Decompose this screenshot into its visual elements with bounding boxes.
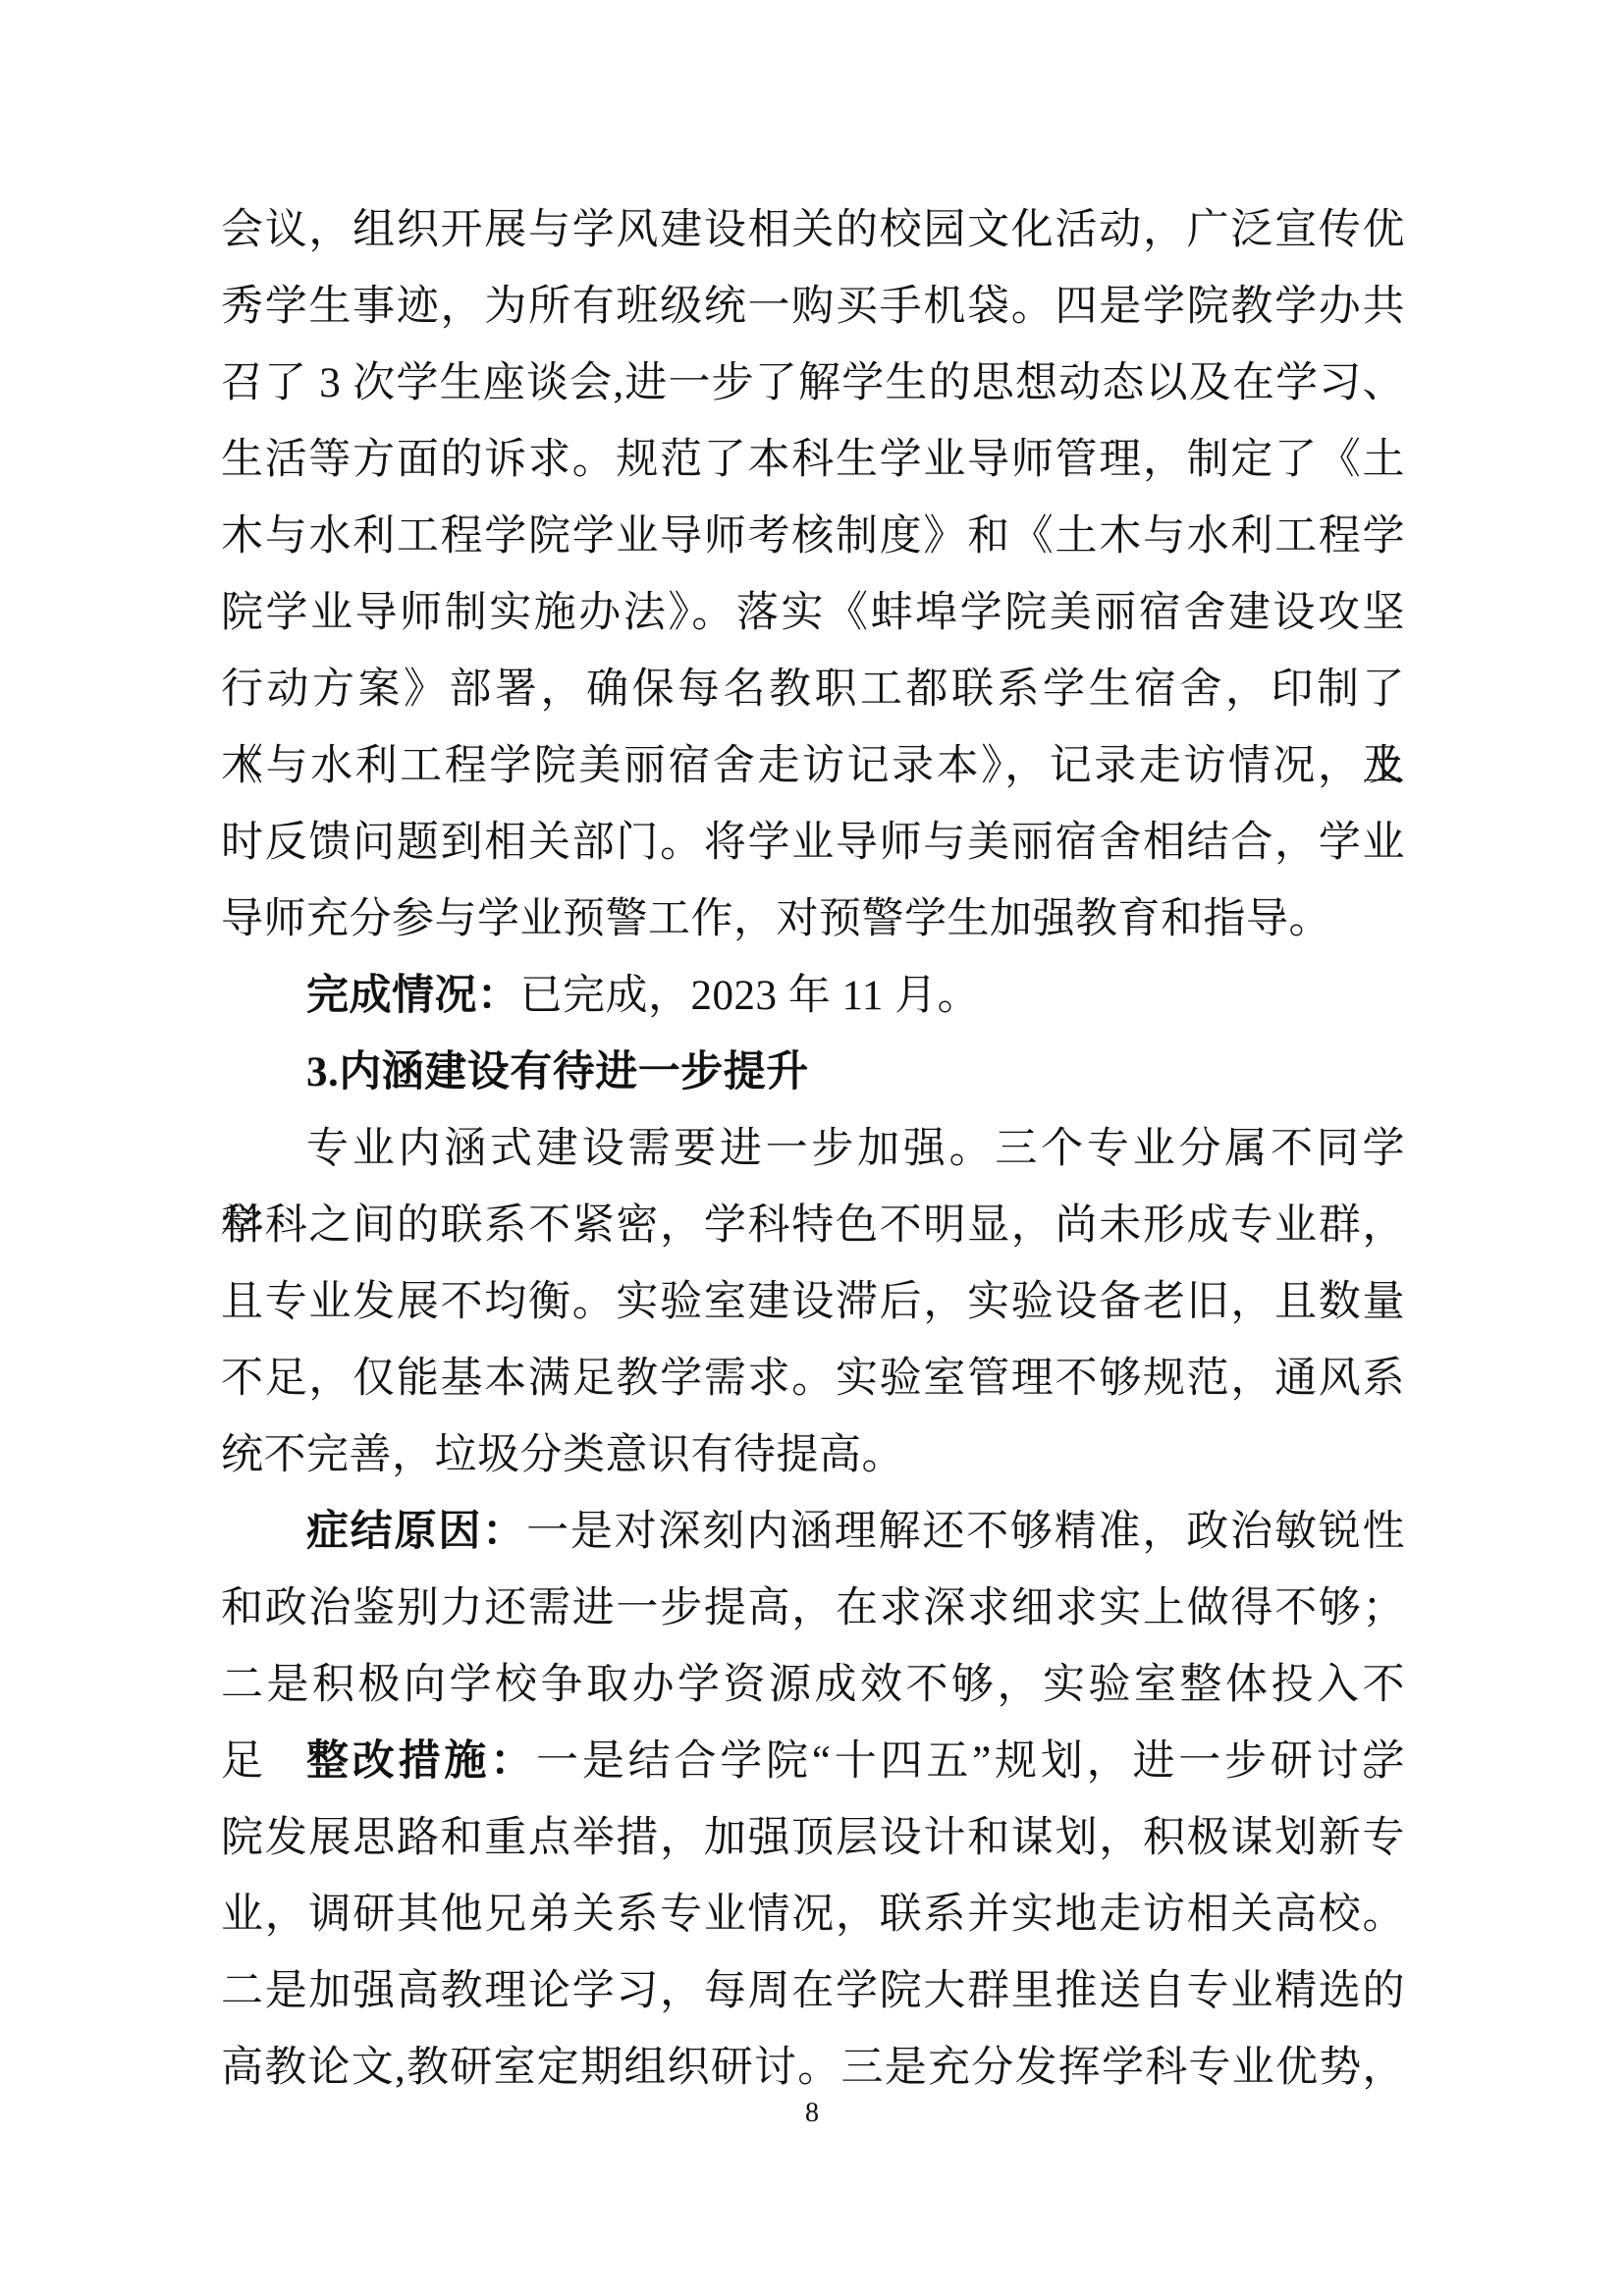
text-run: 已完成，2023 年 11 月。 (520, 973, 981, 1019)
bold-label: 完成情况： (306, 973, 520, 1019)
text-line: 且专业发展不均衡。实验室建设滞后，实验设备老旧，且数量 (221, 1264, 1405, 1341)
page-number: 8 (0, 2097, 1624, 2130)
root-cause-line: 症结原因：一是对深刻内涵理解还不够精准，政治敏锐性 (221, 1494, 1405, 1571)
completion-status-line: 完成情况：已完成，2023 年 11 月。 (221, 958, 1405, 1035)
text-line: 业，调研其他兄弟关系专业情况，联系并实地走访相关高校。 (221, 1877, 1405, 1953)
section-heading: 3.内涵建设有待进一步提升 (221, 1035, 1405, 1111)
text-line: 会议，组织开展与学风建设相关的校园文化活动，广泛宣传优 (221, 192, 1405, 269)
text-line: 行动方案》部署，确保每名教职工都联系学生宿舍，印制了《土 (221, 652, 1405, 728)
document-page: 会议，组织开展与学风建设相关的校园文化活动，广泛宣传优 秀学生事迹，为所有班级统… (0, 0, 1624, 2296)
text-line: 统不完善，垃圾分类意识有待提高。 (221, 1417, 1405, 1494)
text-line: 学科之间的联系不紧密，学科特色不明显，尚未形成专业群， (221, 1188, 1405, 1264)
text-line: 院发展思路和重点举措，加强顶层设计和谋划，积极谋划新专 (221, 1800, 1405, 1877)
text-line: 导师充分参与学业预警工作，对预警学生加强教育和指导。 (221, 881, 1405, 958)
text-line: 不足，仅能基本满足教学需求。实验室管理不够规范，通风系 (221, 1341, 1405, 1417)
bold-label: 症结原因： (306, 1509, 526, 1555)
text-line: 二是积极向学校争取办学资源成效不够，实验室整体投入不足。 (221, 1647, 1405, 1724)
text-line: 召了 3 次学生座谈会,进一步了解学生的思想动态以及在学习、 (221, 346, 1405, 422)
text-line: 木与水利工程学院学业导师考核制度》和《土木与水利工程学 (221, 499, 1405, 575)
text-line: 和政治鉴别力还需进一步提高，在求深求细求实上做得不够； (221, 1571, 1405, 1647)
text-line: 生活等方面的诉求。规范了本科生学业导师管理，制定了《土 (221, 422, 1405, 499)
text-line: 秀学生事迹，为所有班级统一购买手机袋。四是学院教学办共 (221, 269, 1405, 346)
text-line: 木与水利工程学院美丽宿舍走访记录本》，记录走访情况，及 (221, 728, 1405, 805)
text-line: 二是加强高教理论学习，每周在学院大群里推送自专业精选的 (221, 1953, 1405, 2030)
text-run: 一是结合学院“十四五”规划，进一步研讨学 (536, 1738, 1405, 1785)
text-line: 院学业导师制实施办法》。落实《蚌埠学院美丽宿舍建设攻坚 (221, 575, 1405, 652)
text-line: 高教论文,教研室定期组织研讨。三是充分发挥学科专业优势， (221, 2030, 1405, 2107)
text-run: 一是对深刻内涵理解还不够精准，政治敏锐性 (526, 1509, 1405, 1555)
text-column: 会议，组织开展与学风建设相关的校园文化活动，广泛宣传优 秀学生事迹，为所有班级统… (221, 192, 1405, 2107)
text-line: 专业内涵式建设需要进一步加强。三个专业分属不同学科， (221, 1111, 1405, 1188)
bold-label: 整改措施： (306, 1738, 536, 1785)
corrective-measures-line: 整改措施：一是结合学院“十四五”规划，进一步研讨学 (221, 1724, 1405, 1800)
text-line: 时反馈问题到相关部门。将学业导师与美丽宿舍相结合，学业 (221, 805, 1405, 881)
